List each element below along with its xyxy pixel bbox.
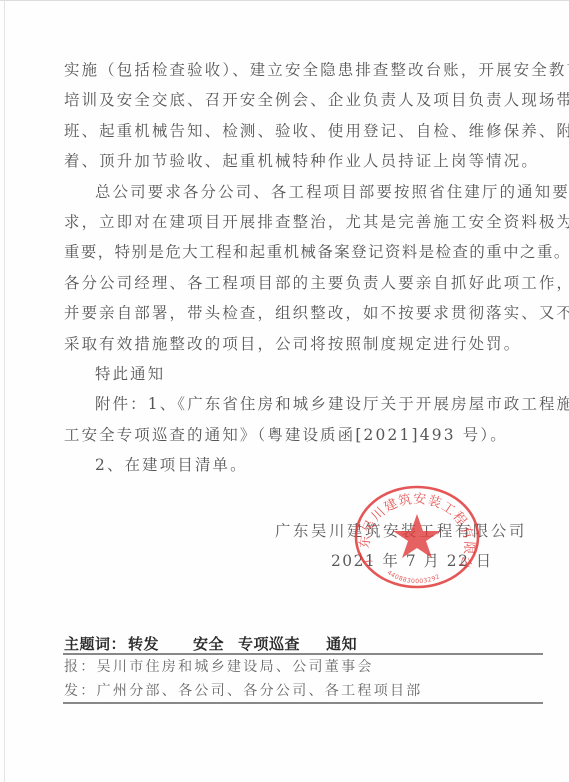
text-line: 着、顶升加节验收、起重机械特种作业人员持证上岗等情况。 [64, 146, 526, 176]
text-line: 重要，特别是危大工程和起重机械备案登记资料是检查的重中之重。 [64, 237, 526, 267]
document-body: 实施（包括检查验收）、建立安全隐患排查整改台账，开展安全教育 培训及安全交底、召… [64, 55, 526, 481]
svg-text:4408830003292: 4408830003292 [386, 569, 441, 585]
text-line: 并要亲自部署，带头检查，组织整改，如不按要求贯彻落实、又不 [64, 298, 526, 328]
text-line: 特此通知 [64, 359, 526, 389]
send-to-line: 发：广州分部、各公司、各分公司、各工程项目部 [64, 680, 423, 700]
text-line: 采取有效措施整改的项目，公司将按照制度规定进行处罚。 [64, 329, 526, 359]
signature-company: 广东吴川建筑安装工程有限公司 [275, 519, 527, 541]
scan-edge-left [4, 0, 5, 782]
text-line: 2、在建项目清单。 [64, 450, 526, 480]
keyword: 专项巡查 [238, 635, 300, 653]
keywords-label: 主题词： [64, 635, 126, 653]
seal-code: 4408830003292 [386, 569, 441, 585]
text-line: 工安全专项巡查的通知》（粤建设质函[2021]493 号）。 [64, 420, 526, 450]
text-line: 求，立即对在建项目开展排查整治，尤其是完善施工安全资料极为 [64, 207, 526, 237]
paragraph-attachment-1: 附件：1、《广东省住房和城乡建设厅关于开展房屋市政工程施 工安全专项巡查的通知》… [64, 389, 526, 450]
paragraph-notice-closing: 特此通知 [64, 359, 526, 389]
keyword: 转发 [128, 635, 159, 653]
keyword: 安全 [193, 635, 224, 653]
text-line: 总公司要求各分公司、各工程项目部要按照省住建厅的通知要 [64, 177, 526, 207]
keyword: 通知 [326, 635, 357, 653]
report-to-line: 报：吴川市住房和城乡建设局、公司董事会 [64, 656, 374, 676]
paragraph-company-requirements: 总公司要求各分公司、各工程项目部要按照省住建厅的通知要 求，立即对在建项目开展排… [64, 177, 526, 359]
text-line: 班、起重机械告知、检测、验收、使用登记、自检、维修保养、附 [64, 116, 526, 146]
footer-rule-bottom [63, 702, 543, 704]
document-page: 实施（包括检查验收）、建立安全隐患排查整改台账，开展安全教育 培训及安全交底、召… [0, 0, 569, 782]
text-line: 附件：1、《广东省住房和城乡建设厅关于开展房屋市政工程施 [64, 389, 526, 419]
paragraph-inspection-items: 实施（包括检查验收）、建立安全隐患排查整改台账，开展安全教育 培训及安全交底、召… [64, 55, 526, 177]
paragraph-attachment-2: 2、在建项目清单。 [64, 450, 526, 480]
text-line: 培训及安全交底、召开安全例会、企业负责人及项目负责人现场带 [64, 85, 526, 115]
text-line: 实施（包括检查验收）、建立安全隐患排查整改台账，开展安全教育 [64, 55, 526, 85]
scan-edge-top [0, 0, 569, 1]
keywords-line: 主题词：转发安全专项巡查通知 [64, 633, 357, 654]
text-line: 各分公司经理、各工程项目部的主要负责人要亲自抓好此项工作， [64, 268, 526, 298]
footer-rule-top [63, 653, 543, 655]
signature-date: 2021 年 7 月 22 日 [331, 549, 493, 571]
